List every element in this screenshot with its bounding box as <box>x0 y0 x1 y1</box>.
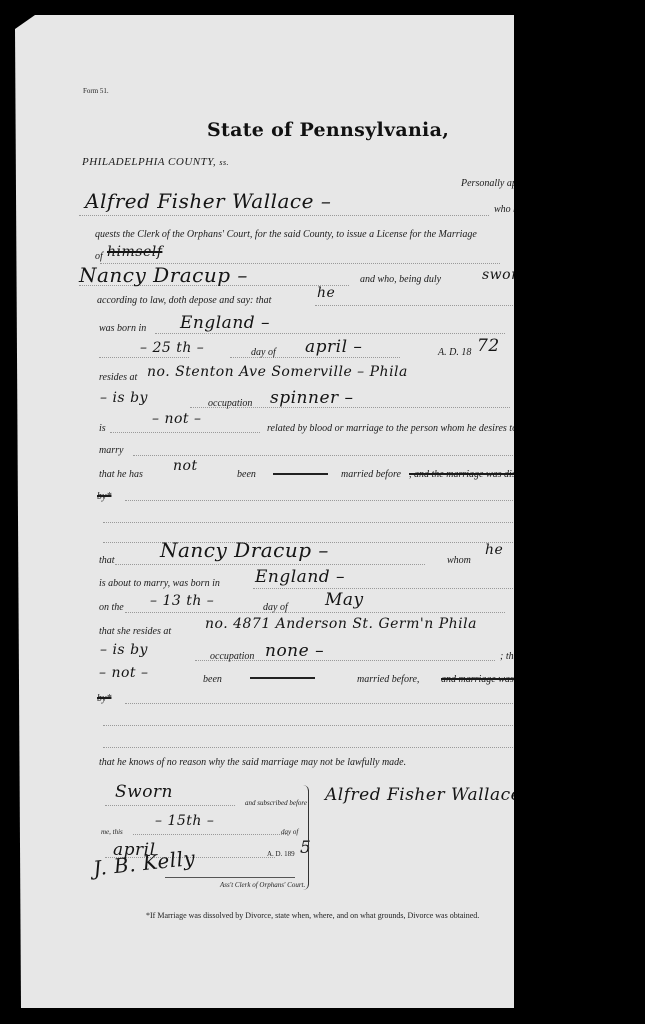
clerk-title: Ass't Clerk of Orphans' Court. <box>220 881 305 889</box>
on-the-label-bride: on the <box>99 602 124 613</box>
subscribed-label: and subscribed before <box>245 799 307 807</box>
divorce-footnote: *If Marriage was dissolved by Divorce, s… <box>146 911 479 920</box>
county-suffix: ss. <box>219 158 229 167</box>
no-reason-statement: that he knows of no reason why the said … <box>99 757 406 768</box>
request-text: quests the Clerk of the Orphans' Court, … <box>95 229 477 240</box>
groom-married-value: not <box>173 458 198 474</box>
occupation-label: occupation <box>208 398 252 409</box>
page-title: State of Pennsylvania, <box>207 119 449 141</box>
bride-name-first: Nancy Dracup – <box>79 263 248 287</box>
groom-birth-month: april – <box>305 337 362 357</box>
of-value: himself <box>107 244 162 260</box>
bride-occupation: none – <box>265 641 324 661</box>
groom-occupation: spinner – <box>270 388 354 408</box>
marry-end: : <box>572 445 575 456</box>
on-the-label: , on the <box>552 323 582 334</box>
groom-birthplace: England – <box>180 313 270 333</box>
bride-birthplace: England – <box>255 567 345 587</box>
dissolved-struck-bride: and marriage was dissolved <box>441 674 554 685</box>
is-label: is <box>99 423 106 434</box>
born-label: was born in <box>99 323 146 334</box>
personally-appeared-label: Personally appeared <box>461 178 544 189</box>
been-label-bride: been <box>203 674 222 685</box>
signature-bracket <box>300 785 309 890</box>
she-resides-label: that she resides at <box>99 626 171 637</box>
that-he-label-2: that he <box>542 372 570 383</box>
me-this-label: me, this <box>101 828 123 836</box>
bride-by-value: – is by <box>100 642 148 658</box>
bride-birth-day: – 13 th – <box>150 593 214 609</box>
groom-pronoun: he <box>317 285 335 301</box>
groom-birth-day: – 25 th – <box>140 340 204 356</box>
applicant-signature: Alfred Fisher Wallace <box>325 785 521 805</box>
married-before-label: married before <box>341 469 401 480</box>
closing-day-value: – 15th – <box>155 813 214 829</box>
bride-birth-month: May <box>325 590 364 610</box>
bride-pronoun: he <box>485 542 503 558</box>
about-to-marry-label: is about to marry, was born in <box>99 578 220 589</box>
she-has-label: ; that she has <box>500 651 554 662</box>
has-label: that he has <box>99 469 143 480</box>
county-label: PHILADELPHIA COUNTY, ss. <box>82 156 229 168</box>
that-label: that <box>99 555 115 566</box>
bride-birth-year: 74 <box>553 591 576 611</box>
groom-by-value: – is by <box>100 390 148 406</box>
occupation-label-bride: occupation <box>210 651 254 662</box>
been-label: been <box>237 469 256 480</box>
bride-residence: no. 4871 Anderson St. Germ'n Phila <box>205 616 477 632</box>
ad-label: A. D. 18 <box>438 347 471 358</box>
by-struck: by* <box>97 491 111 502</box>
related-label: related by blood or marriage to the pers… <box>267 423 517 434</box>
day-of-label: day of <box>251 347 276 358</box>
county-name: PHILADELPHIA COUNTY, <box>82 156 216 168</box>
clerk-signature: J. B. Kelly <box>92 846 196 881</box>
whom-label: whom <box>447 555 471 566</box>
resides-label: resides at <box>99 372 137 383</box>
ad-label-bride: A. D. 18 <box>515 602 548 613</box>
bride-married-value: – not – <box>99 665 148 681</box>
who-hereby-label: who hereby re- <box>494 204 554 215</box>
to-label: to <box>577 251 585 262</box>
closing-ad-label: A. D. 189 <box>267 850 295 858</box>
sworn-value: sworn <box>482 267 528 283</box>
groom-birth-year: 72 <box>477 336 500 356</box>
married-before-label-bride: married before, <box>357 674 419 685</box>
marriage-license-document: Form 51. State of Pennsylvania, PHILADEL… <box>15 15 514 1008</box>
bride-name: Nancy Dracup – <box>160 538 329 562</box>
by-struck-bride: by* <box>97 693 111 704</box>
closing-day-of-label: day of <box>281 828 298 836</box>
marry-label: marry <box>99 445 123 456</box>
that-he-label-3: , that he <box>527 398 560 409</box>
form-number: Form 51. <box>83 87 109 95</box>
day-of-label-bride: day of <box>263 602 288 613</box>
sworn-closing-value: Sworn <box>115 782 173 802</box>
groom-residence: no. Stenton Ave Somerville – Phila <box>147 364 408 380</box>
dissolved-struck: , and the marriage was dissolved <box>409 469 541 480</box>
sworn-label: and who, being duly <box>360 274 441 285</box>
of-label: of <box>95 251 103 262</box>
that-he-label: that he <box>526 347 554 358</box>
groom-name: Alfred Fisher Wallace – <box>85 189 331 213</box>
according-label: according to law, doth depose and say: t… <box>97 295 271 306</box>
related-value: – not – <box>152 411 201 427</box>
